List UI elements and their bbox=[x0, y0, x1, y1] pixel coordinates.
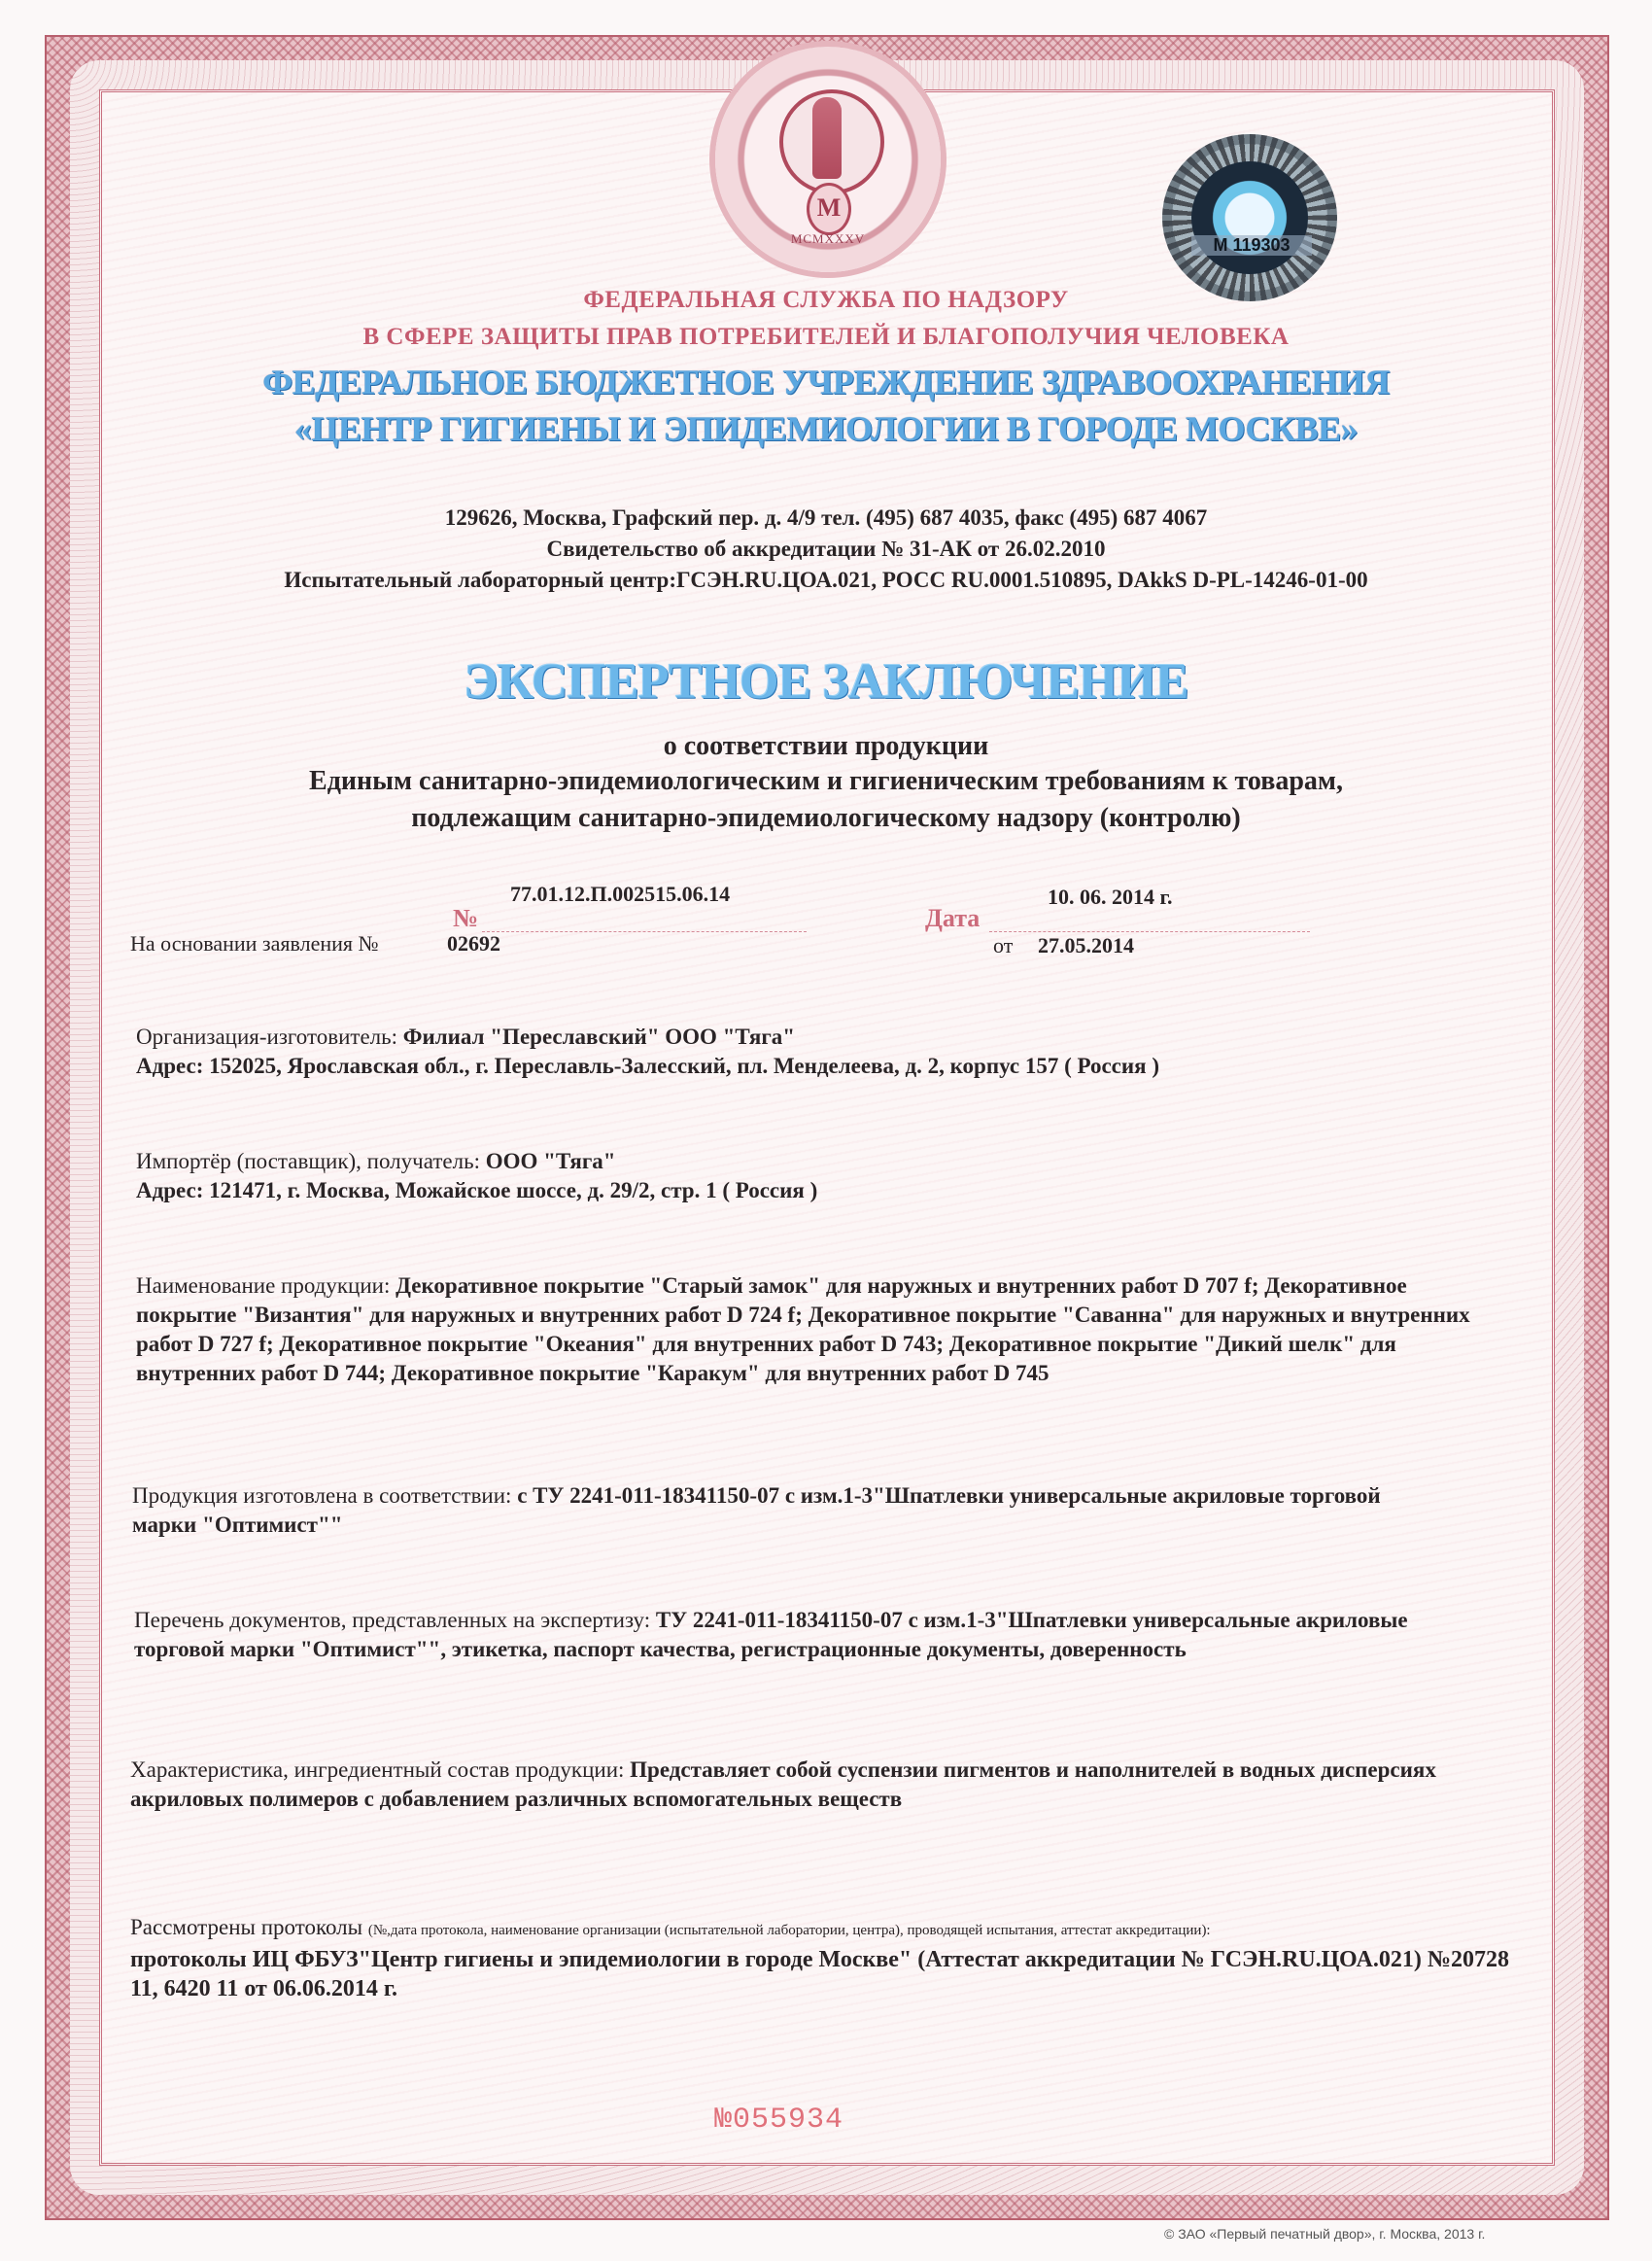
standard-section: Продукция изготовлена в соответствии: с … bbox=[132, 1481, 1415, 1540]
protocols-section: Рассмотрены протоколы (№,дата протокола,… bbox=[130, 1913, 1520, 2003]
date-underline bbox=[989, 931, 1310, 932]
hologram-sticker-icon: M 119303 bbox=[1162, 134, 1337, 301]
title-subline-1: о соответствии продукции bbox=[0, 731, 1652, 762]
standard-label: Продукция изготовлена в соответствии: bbox=[132, 1483, 511, 1508]
documents-section: Перечень документов, представленных на э… bbox=[134, 1606, 1446, 1664]
importer-label: Импортёр (поставщик), получатель: bbox=[136, 1149, 480, 1173]
manufacturer-label: Организация-изготовитель: bbox=[136, 1025, 397, 1049]
product-label: Наименование продукции: bbox=[136, 1273, 390, 1298]
protocols-value: протоколы ИЦ ФБУЗ"Центр гигиены и эпидем… bbox=[130, 1947, 1509, 2001]
institution-line-1: ФЕДЕРАЛЬНОЕ БЮДЖЕТНОЕ УЧРЕЖДЕНИЕ ЗДРАВОО… bbox=[0, 362, 1652, 402]
documents-label: Перечень документов, представленных на э… bbox=[134, 1608, 650, 1632]
conclusion-date: 10. 06. 2014 г. bbox=[1048, 885, 1173, 910]
agency-line-1: ФЕДЕРАЛЬНАЯ СЛУЖБА ПО НАДЗОРУ bbox=[0, 287, 1652, 314]
application-from-label: от bbox=[993, 933, 1013, 958]
document-title: ЭКСПЕРТНОЕ ЗАКЛЮЧЕНИЕ bbox=[0, 653, 1652, 711]
application-label: На основании заявления № bbox=[130, 931, 379, 957]
hygieia-figure-icon bbox=[812, 97, 842, 179]
number-underline bbox=[482, 931, 807, 932]
importer-address: Адрес: 121471, г. Москва, Можайское шосс… bbox=[136, 1178, 817, 1202]
manufacturer-address: Адрес: 152025, Ярославская обл., г. Пере… bbox=[136, 1054, 1159, 1078]
importer-section: Импортёр (поставщик), получатель: ООО "Т… bbox=[136, 1147, 1516, 1205]
conclusion-number: 77.01.12.П.002515.06.14 bbox=[510, 882, 730, 907]
protocols-label: Рассмотрены протоколы bbox=[130, 1915, 362, 1939]
title-subline-2: Единым санитарно-эпидемиологическим и ги… bbox=[0, 766, 1652, 797]
importer-value: ООО "Тяга" bbox=[486, 1149, 616, 1173]
title-subline-3: подлежащим санитарно-эпидемиологическому… bbox=[0, 803, 1652, 834]
accreditation-certificate: Свидетельство об аккредитации № 31-АК от… bbox=[0, 537, 1652, 562]
emblem-letter: M bbox=[807, 183, 851, 235]
date-label: Дата bbox=[925, 904, 980, 933]
composition-label: Характеристика, ингредиентный состав про… bbox=[130, 1757, 624, 1782]
emblem-motto: MCMXXXV bbox=[715, 231, 941, 247]
institution-address: 129626, Москва, Графский пер. д. 4/9 тел… bbox=[0, 505, 1652, 531]
hologram-serial: M 119303 bbox=[1191, 235, 1312, 256]
protocols-note: (№,дата протокола, наименование организа… bbox=[368, 1923, 1211, 1938]
printer-imprint: © ЗАО «Первый печатный двор», г. Москва,… bbox=[1164, 2226, 1485, 2242]
number-label: № bbox=[453, 904, 478, 933]
composition-section: Характеристика, ингредиентный состав про… bbox=[130, 1756, 1520, 1814]
manufacturer-value: Филиал "Переславский" ООО "Тяга" bbox=[403, 1025, 795, 1049]
emblem-seal-icon: M MCMXXXV bbox=[715, 47, 941, 272]
application-date: 27.05.2014 bbox=[1038, 933, 1134, 958]
product-section: Наименование продукции: Декоративное пок… bbox=[136, 1271, 1506, 1388]
hologram-core bbox=[1191, 161, 1308, 274]
form-serial-number: №055934 bbox=[714, 2104, 843, 2137]
agency-line-2: В СФЕРЕ ЗАЩИТЫ ПРАВ ПОТРЕБИТЕЛЕЙ И БЛАГО… bbox=[0, 324, 1652, 351]
application-number: 02692 bbox=[447, 931, 500, 957]
manufacturer-section: Организация-изготовитель: Филиал "Пересл… bbox=[136, 1023, 1516, 1081]
institution-line-2: «ЦЕНТР ГИГИЕНЫ И ЭПИДЕМИОЛОГИИ В ГОРОДЕ … bbox=[0, 408, 1652, 449]
lab-center-ids: Испытательный лабораторный центр:ГСЭН.RU… bbox=[0, 568, 1652, 593]
